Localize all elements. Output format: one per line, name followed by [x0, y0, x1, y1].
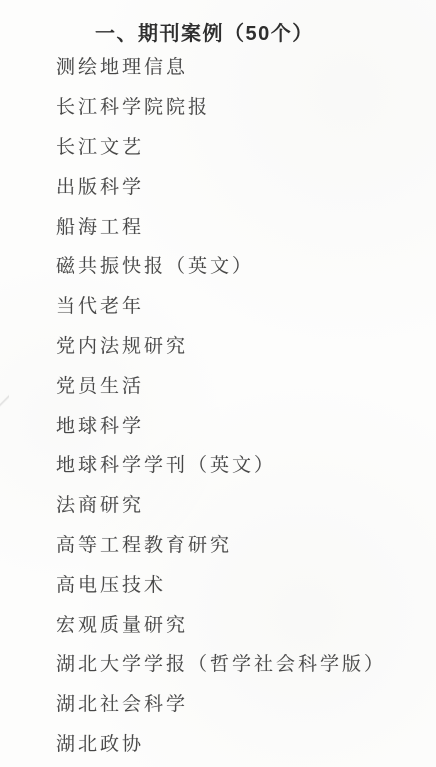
journal-name: 当代老年 — [56, 291, 144, 318]
journal-name: 湖北政协 — [56, 729, 144, 756]
journal-name: 湖北大学学报（哲学社会科学版） — [56, 649, 386, 676]
journal-name: 船海工程 — [56, 212, 144, 239]
journal-list-item: 船海工程 — [56, 205, 426, 245]
journal-list-item: 高等工程教育研究 — [56, 524, 426, 564]
journal-list-item: 党员生活 — [56, 364, 426, 404]
journal-list-item: 出版科学 — [56, 165, 426, 205]
journal-name: 宏观质量研究 — [56, 610, 188, 637]
journal-name: 法商研究 — [56, 490, 144, 517]
journal-list-item: 当代老年 — [56, 285, 426, 325]
journal-name: 高等工程教育研究 — [56, 530, 232, 557]
journal-name: 地球科学学刊（英文） — [56, 450, 276, 477]
journal-list-item: 法商研究 — [56, 484, 426, 524]
scan-artifact — [0, 393, 9, 409]
journal-name: 党内法规研究 — [56, 331, 188, 358]
journal-name: 长江文艺 — [56, 132, 144, 159]
journal-name: 地球科学 — [56, 411, 144, 438]
journal-list-item: 党内法规研究 — [56, 325, 426, 365]
journal-list-item: 测绘地理信息 — [56, 46, 426, 86]
journal-name: 高电压技术 — [56, 570, 166, 597]
journal-list-item: 长江文艺 — [56, 126, 426, 166]
journal-list-item: 湖北社会科学 — [56, 683, 426, 723]
document-page: 一、期刊案例（50个） 测绘地理信息 长江科学院院报 长江文艺 出版科学 船海工… — [0, 0, 436, 767]
journal-list-item: 高电压技术 — [56, 563, 426, 603]
journal-name: 长江科学院院报 — [56, 92, 210, 119]
section-heading: 一、期刊案例（50个） — [95, 17, 314, 46]
journal-list-item: 长江科学院院报 — [56, 86, 426, 126]
journal-list-item: 地球科学学刊（英文） — [56, 444, 426, 484]
journal-list-item: 地球科学 — [56, 404, 426, 444]
journal-list-item: 磁共振快报（英文） — [56, 245, 426, 285]
journal-name: 出版科学 — [56, 172, 144, 199]
journal-list-item: 湖北政协 — [56, 723, 426, 763]
journal-list-item: 湖北大学学报（哲学社会科学版） — [56, 643, 426, 683]
journal-list: 测绘地理信息 长江科学院院报 长江文艺 出版科学 船海工程 磁共振快报（英文） — [56, 46, 426, 762]
journal-name: 党员生活 — [56, 371, 144, 398]
journal-name: 湖北社会科学 — [56, 689, 188, 716]
journal-name: 磁共振快报（英文） — [56, 251, 254, 278]
journal-list-item: 宏观质量研究 — [56, 603, 426, 643]
journal-name: 测绘地理信息 — [56, 52, 188, 79]
